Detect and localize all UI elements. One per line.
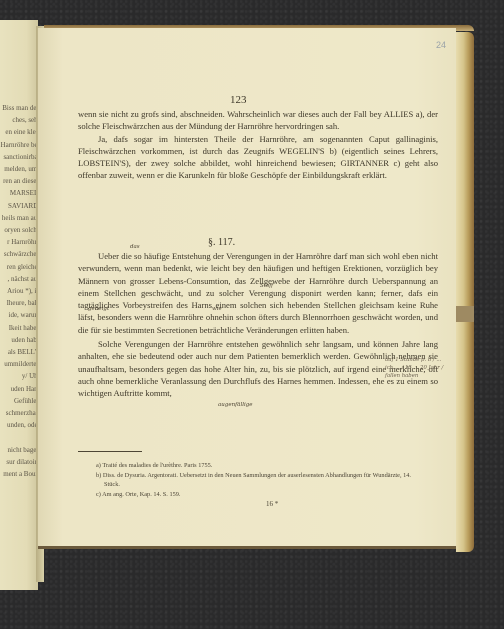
body-text-bottom: Ueber die so häufige Entstehung der Vere… bbox=[78, 250, 438, 400]
handwritten-wie: wie bbox=[212, 306, 222, 312]
left-page-line: Ikeit haben bbox=[0, 324, 38, 332]
left-page-line: Gefühlen bbox=[0, 397, 38, 405]
left-page-line: als BELL'S bbox=[0, 348, 38, 356]
margin-handwritten-note: auf 1 Stunde p. ll / ... ich ... / 15 ..… bbox=[385, 356, 445, 380]
page-number: 123 bbox=[230, 94, 247, 106]
left-page-line: ren gleicher bbox=[0, 263, 38, 271]
footnote-c: c) Am ang. Orte, Kap. 14. S. 159. bbox=[96, 490, 416, 500]
left-page-line: uden habe bbox=[0, 336, 38, 344]
paragraph-4: Solche Verengungen der Harnröhre entsteh… bbox=[78, 338, 438, 399]
left-page-line: SAVIARD, bbox=[0, 202, 38, 210]
left-page-fragment: Biss man denches, sehren eine klei-Harnr… bbox=[0, 20, 38, 590]
left-page-line: nicht bagen bbox=[0, 446, 38, 454]
left-page-line: ummilderten bbox=[0, 360, 38, 368]
left-page-line: ches, sehr bbox=[0, 116, 38, 124]
handwritten-geneigt: geneigt bbox=[88, 306, 109, 312]
left-page-line: unden, oder bbox=[0, 421, 38, 429]
left-page-line: sur dilatoire bbox=[0, 458, 38, 466]
left-page-line: , nächst aus bbox=[0, 275, 38, 283]
left-page-line: Iheure, bald bbox=[0, 299, 38, 307]
signature-mark: 16 * bbox=[266, 500, 278, 508]
footnote-a: a) Traité des maladies de l'urèthre. Par… bbox=[96, 461, 416, 471]
left-page-line: Ariou *), in bbox=[0, 287, 38, 295]
left-page-line: melden, ums bbox=[0, 165, 38, 173]
left-page-line: sanctionirbar bbox=[0, 153, 38, 161]
left-page-line: oryen solche bbox=[0, 226, 38, 234]
left-page-line: ment a Bour- bbox=[0, 470, 38, 478]
left-page-line: Biss man den bbox=[0, 104, 38, 112]
body-text-top: wenn sie nicht zu grofs sind, abschneide… bbox=[78, 108, 438, 182]
library-stamp: 24 bbox=[436, 40, 446, 50]
paragraph-1: wenn sie nicht zu grofs sind, abschneide… bbox=[78, 108, 438, 133]
handwritten-stoff: Stoff bbox=[260, 283, 273, 289]
handwritten-das: das bbox=[130, 244, 140, 250]
footnote-rule bbox=[78, 451, 142, 452]
fore-edge-tab bbox=[456, 306, 474, 322]
paragraph-3: Ueber die so häufige Entstehung der Vere… bbox=[78, 250, 438, 336]
handwritten-augenfaellige: augenfällige bbox=[218, 402, 253, 408]
left-page-line: uden Harn bbox=[0, 385, 38, 393]
left-page-line: ren an diesen bbox=[0, 177, 38, 185]
left-page-line: Harnröhre be- bbox=[0, 141, 38, 149]
footnote-b: b) Diss. de Dysuria. Argentorati. Uebers… bbox=[96, 471, 416, 490]
left-page-line: schwärzchen bbox=[0, 250, 38, 258]
left-page-line: MARSEL, bbox=[0, 189, 38, 197]
footnotes: a) Traité des maladies de l'urèthre. Par… bbox=[96, 461, 416, 499]
left-page-line: en eine klei- bbox=[0, 128, 38, 136]
left-page-line: schmerzhaft bbox=[0, 409, 38, 417]
page-fore-edge bbox=[456, 32, 474, 552]
left-page-line: ide, warum bbox=[0, 311, 38, 319]
left-page-line: heils man aus bbox=[0, 214, 38, 222]
section-heading: §. 117. bbox=[208, 237, 235, 248]
left-page-line: y/ Uhr bbox=[0, 372, 38, 380]
left-page-line: r Harnröhre bbox=[0, 238, 38, 246]
paragraph-2: Ja, dafs sogar im hintersten Theile der … bbox=[78, 133, 438, 182]
